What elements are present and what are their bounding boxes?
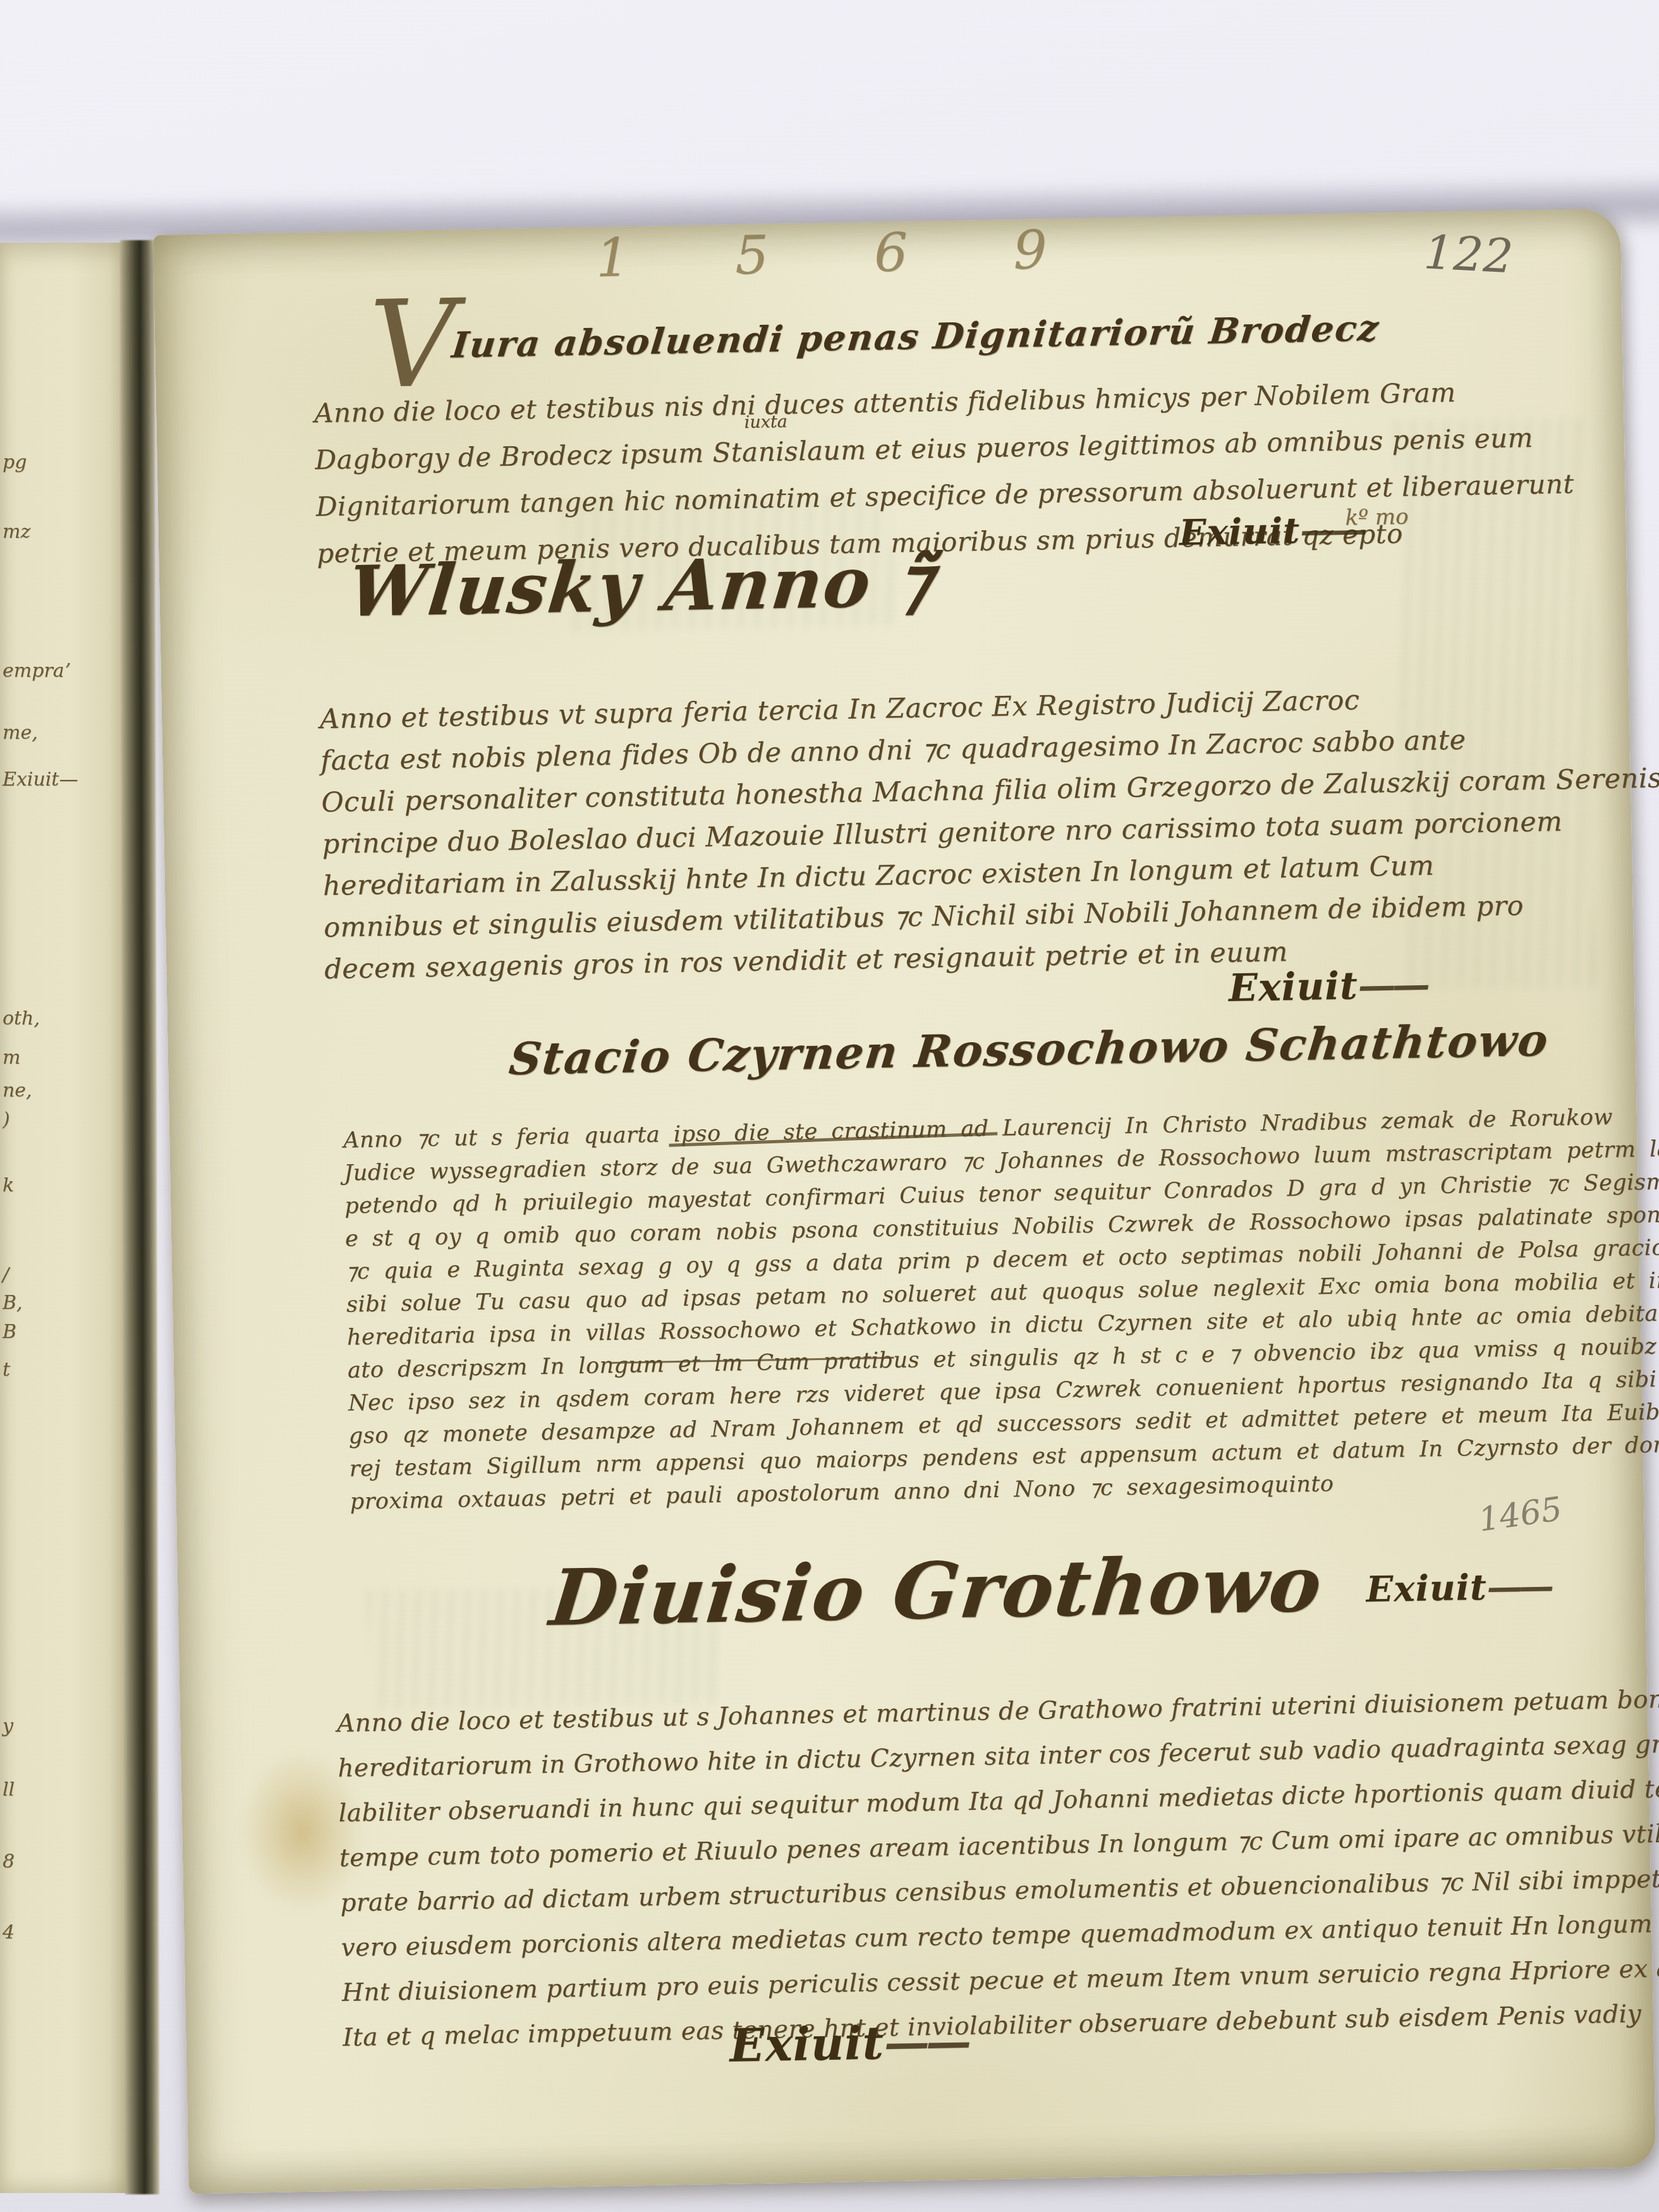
margin-fragment: B (3, 1321, 110, 1343)
margin-fragment: / (3, 1264, 110, 1286)
binding-gutter (120, 240, 159, 2194)
margin-fragment: Exiuit— (3, 769, 110, 791)
margin-fragment: B, (3, 1292, 110, 1314)
record-paragraph-grothowo: Anno die loco et testibus ut s Johannes … (337, 1671, 1659, 2060)
margin-fragment: ) (3, 1109, 110, 1131)
margin-fragment: m (3, 1047, 110, 1069)
record-paragraph-brodecz: Anno die loco et testibus nis dni duces … (314, 367, 1576, 577)
entry-title-brodecz: Iura absoluendi penas Dignitariorũ Brode… (450, 307, 1382, 366)
margin-fragment: oth, (3, 1007, 110, 1030)
margin-fragment: me, (3, 722, 110, 744)
exiuit-note-bottom: Exiuit (729, 2014, 968, 2072)
facing-page-edge: pgmzempraʼme,Exiuit—oth,mne,)k/B,Btyll84 (0, 243, 126, 2193)
exiuit-note: Exiuit (1228, 963, 1426, 1011)
exiuit-note: Exiuit (1179, 509, 1363, 554)
registry-note: kº mo (1345, 504, 1409, 531)
foliation-1569: 1 5 6 9 (595, 218, 1092, 289)
margin-fragment: k (3, 1174, 110, 1196)
margin-fragment: y (3, 1715, 110, 1737)
section-heading-grothowo: Diuisio Grothowo (546, 1538, 1327, 1643)
exiuit-note: Exiuit (1366, 1565, 1550, 1610)
section-heading-stacio: Stacio Czyrnen Rossochowo Schathtowo (507, 1014, 1552, 1085)
interlinear-insert: iuxta (744, 412, 787, 432)
margin-fragment: ll (3, 1778, 110, 1801)
margin-fragment: 4 (3, 1921, 110, 1943)
record-paragraph-zalusky: Anno et testibus vt supra feria tercia I… (319, 673, 1659, 991)
margin-fragment: empraʼ (3, 660, 110, 682)
section-heading-zalusky: Wlusky Anno ⁊̃ (345, 540, 937, 632)
manuscript-page: 1 5 6 9 122 V Iura absoluendi penas Dign… (153, 208, 1656, 2194)
margin-fragment: pg (3, 451, 110, 473)
margin-fragment: ne, (3, 1079, 110, 1102)
record-paragraph-stacio: Anno ⁊c ut s feria quarta ipso die ste c… (343, 1097, 1659, 1518)
margin-fragment: t (3, 1359, 110, 1381)
margin-fragment: 8 (3, 1850, 110, 1873)
folio-number: 122 (1423, 225, 1514, 284)
margin-fragment: mz (3, 521, 110, 543)
manuscript-photo: { "photo": { "backdrop_color": "#edebf3"… (0, 0, 1659, 2212)
